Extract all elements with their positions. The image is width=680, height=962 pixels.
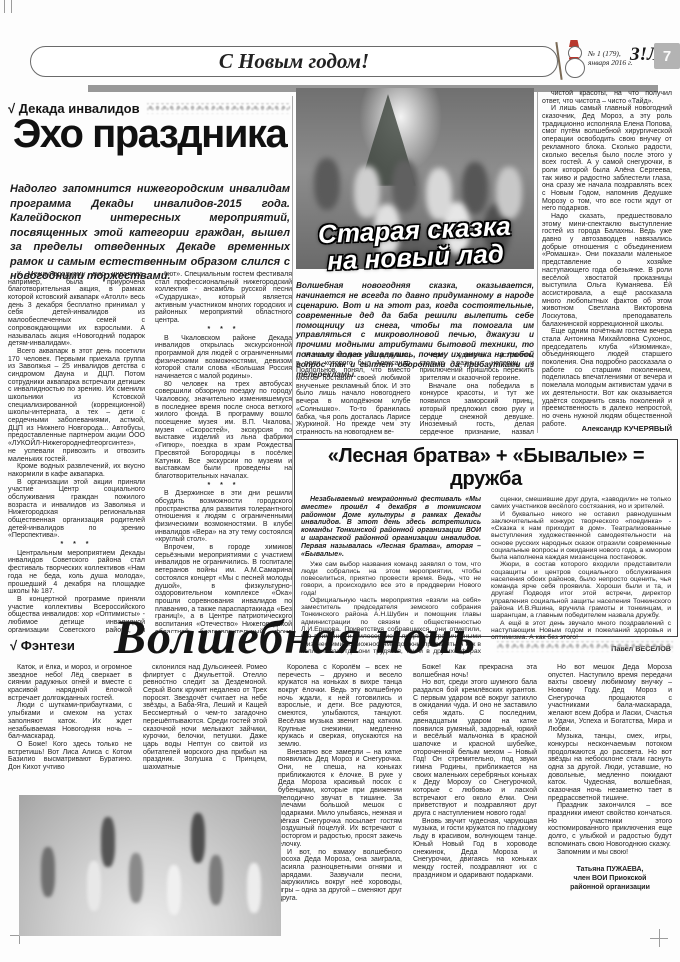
kicker-fentezi: √ Фэнтези [10,638,75,653]
paragraph: 80 человек на трех автобусах совершили о… [155,381,292,481]
paragraph: * * * [8,541,145,549]
paragraph: районной организации [548,884,672,893]
ice-show-photo [19,795,281,936]
skazka-column-1: И только позднее наш дедушка, в роли кот… [296,352,411,436]
paragraph: чере удалось устранить, столько разных н… [420,352,535,383]
crop-mark [11,0,12,13]
druzhba-column-2-text: сценки, смешившие друг друга, «заводили»… [491,496,671,641]
paragraph: В организации этой акции приняли участие… [8,479,145,541]
crop-mark [4,0,5,13]
noch-author-signature: Татьяна ПУЖАЕВА,член ВОИ Приокскойрайонн… [548,866,672,892]
druzhba-article-lead: Незабываемый межрайонный фестиваль «Мы в… [301,496,481,559]
skazka-author-signature: Александр КУЧЕРЯВЫЙ [542,424,672,433]
paragraph: Королева с Королём – всех не перечесть –… [278,664,402,749]
skazka-article-body: И только позднее наш дедушка, в роли кот… [296,352,534,436]
druzhba-article-title: «Лесная братва» + «Бывалые» = дружба [301,445,671,491]
druzhba-article-box: «Лесная братва» + «Бывалые» = дружба Нез… [294,439,678,637]
skazka-column-3: чистой красоты, на что получил ответ, чт… [542,90,672,430]
paragraph: Татьяна ПУЖАЕВА, [548,866,672,875]
druzhba-column-2: сценки, смешившие друг друга, «заводили»… [491,496,671,656]
noch-column-4: Боже! Как прекрасна эта волшебная ночь!Н… [413,664,537,936]
paragraph: И вот, по взмаху волшебного посоха Деда … [278,849,402,903]
paragraph: Каток, и ёлка, и мороз, и огромное звезд… [8,664,132,702]
noch-column-1: Каток, и ёлка, и мороз, и огромное звезд… [8,664,132,790]
paragraph: Кроме водных развлечений, их вкусно нако… [8,463,145,478]
paragraph: В Чкаловском районе Декада инвалидов отк… [155,335,292,381]
skazka-article-title: Старая сказка на новый лад [295,212,535,276]
paragraph: склонился над Дульсинеей. Ромео флиртует… [143,664,267,772]
paragraph: Но вот, среди этого шумного бала раздалс… [413,679,537,817]
banner-text: С Новым годом! [219,49,369,74]
column-divider [292,96,293,636]
echo-article-body: К Международному дню инвалида, например,… [8,271,292,633]
paragraph: * * * [155,326,292,334]
paragraph: И буквально никого не оставил равнодушны… [491,511,671,562]
paragraph: Еще одним почётным гостем вечера стала А… [542,328,672,428]
section-header-fentezi: √ Фэнтези [10,638,75,653]
paragraph: Уже сам выбор названия команд заявлял о … [301,561,481,597]
paragraph: Внезапно все замерли – на катке появилис… [278,749,402,849]
paragraph: Люди с шутками-прибаутками, с улыбками и… [8,702,132,740]
paragraph: бют». Специальным гостем фестиваля стал … [155,271,292,325]
photo-people-silhouettes [314,158,340,210]
paragraph: Всего аквапарк в этот день посетили 170 … [8,348,145,463]
paragraph: Праздник закончился – все праздники имею… [548,802,672,848]
echo-article-title: Эхо праздника [8,114,291,154]
paragraph: И лишь самый главный новогодний сказочни… [542,105,672,213]
paragraph: И только позднее наш дедушка, в роли кот… [296,352,411,436]
noch-column-5: Но вот мешок Деда Мороза опустел. Наступ… [548,664,672,936]
garland-decoration [497,641,673,652]
newspaper-page: С Новым годом! № 1 (179), января 2016 г.… [0,0,680,962]
paragraph: Боже! Как прекрасна эта волшебная ночь! [413,664,537,679]
page-number: 7 [654,43,680,69]
paragraph: Надо сказать, предшествовало этому мини-… [542,213,672,328]
paragraph: Музыка, танцы, смех, игры, конкурсы неск… [548,733,672,802]
snowman-body [565,58,585,78]
paragraph: В Дзержинске в эти дни решили обсудить в… [155,490,292,544]
skazka-column-2: чере удалось устранить, столько разных н… [420,352,535,436]
paragraph: * * * [155,482,292,490]
masthead-banner: С Новым годом! [30,46,558,77]
group-photo: Старая сказка на новый лад [296,88,534,269]
paragraph: О Боже! Кого здесь только не встретишь! … [8,741,132,772]
echo-column-2: бют». Специальным гостем фестиваля стал … [155,271,292,633]
paragraph: Вновь звучит чудесная, чарующая музыка, … [413,818,537,880]
paragraph: сценки, смешившие друг друга, «заводили»… [491,496,671,511]
paragraph: член ВОИ Приокской [548,875,672,884]
column-divider [537,92,538,433]
photo-skaters-silhouettes [41,847,55,897]
paragraph: К Международному дню инвалида, например,… [8,271,145,348]
echo-article-lead: Надолго запомнится нижегородским инвалид… [10,182,290,284]
noch-column-2: склонился над Дульсинеей. Ромео флиртует… [143,664,267,790]
paragraph: Вначале она победила в конкурсе красоты,… [420,383,535,436]
paragraph: Но вот мешок Деда Мороза опустел. Наступ… [548,664,672,733]
paragraph: Запомним и мы свою! [548,849,672,857]
paragraph: Центральным мероприятием Декады инвалидо… [8,550,145,596]
paragraph: Жюри, в состав которого входили представ… [491,561,671,619]
noch-column-5-text: Но вот мешок Деда Мороза опустел. Наступ… [548,664,672,856]
christmas-tree-silhouette [360,94,416,186]
snowman-staff [555,42,562,80]
echo-column-1: К Международному дню инвалида, например,… [8,271,145,633]
noch-article-title: Волшебная ночь [90,610,500,665]
paragraph: чистой красоты, на что получил ответ, чт… [542,90,672,105]
noch-column-3: Королева с Королём – всех не перечесть –… [278,664,402,936]
paragraph: А ещё в этот день звучало много поздравл… [491,620,671,642]
